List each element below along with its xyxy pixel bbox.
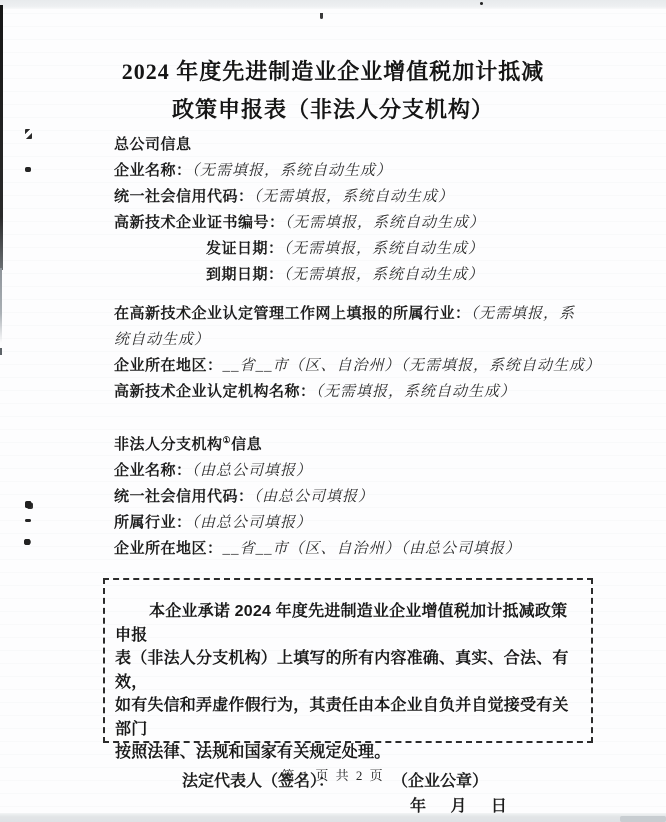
declaration-line: 表（非法人分支机构）上填写的所有内容准确、真实、合法、有效， <box>115 647 581 694</box>
field-value: （无需填报，系统自动生成） <box>285 215 486 231</box>
branch-heading-text: 非法人分支机构 <box>114 436 223 453</box>
field-label: 统一社会信用代码： <box>114 488 254 505</box>
field-value: （无需填报，系统自动生成） <box>284 241 485 257</box>
scan-speck <box>25 167 31 172</box>
field-label: 高新技术企业认定机构名称： <box>114 383 316 400</box>
field-row-region: 企业所在地区：__省__市（区、自治州）（无需填报，系统自动生成） <box>114 353 600 379</box>
field-blank: __省__市（区、自治州） <box>223 541 401 557</box>
field-value: （无需填报，系统自动生成） <box>254 189 455 205</box>
field-row-issue-date: 发证日期：（无需填报，系统自动生成） <box>206 236 600 262</box>
field-row-certificate-number: 高新技术企业证书编号：（无需填报，系统自动生成） <box>114 210 600 236</box>
field-label: 企业名称： <box>114 462 192 479</box>
field-value: （无需填报，系统自动生成） <box>316 384 517 400</box>
declaration-line: 按照法律、法规和国家有关规定处理。 <box>115 741 581 765</box>
field-value: （无需填报，系统自动生成） <box>284 267 485 283</box>
section-branch-info: 非法人分支机构①信息 企业名称：（由总公司填报） 统一社会信用代码：（由总公司填… <box>114 432 600 562</box>
field-row-industry-line2: 统自动生成） <box>114 327 600 353</box>
field-value: （无需填报，系 <box>471 306 576 322</box>
document-title-line1: 2024 年度先进制造业企业增值税加计抵减 <box>0 57 666 87</box>
field-value: （由总公司填报） <box>192 463 313 479</box>
scan-speck <box>480 2 483 5</box>
declaration-line: 本企业承诺 2024 年度先进制造业企业增值税加计抵减政策申报 <box>115 600 581 647</box>
field-label: 企业名称： <box>114 162 192 179</box>
field-row-credit-code: 统一社会信用代码：（无需填报，系统自动生成） <box>114 184 600 210</box>
date-line: 年 月 日 <box>410 795 581 818</box>
field-label: 高新技术企业证书编号： <box>114 214 285 231</box>
declaration-paragraph: 本企业承诺 2024 年度先进制造业企业增值税加计抵减政策申报 表（非法人分支机… <box>115 600 581 765</box>
field-blank: __省__市（区、自治州） <box>223 358 401 374</box>
field-row-branch-region: 企业所在地区：__省__市（区、自治州）（由总公司填报） <box>114 536 600 562</box>
scan-edge-dash <box>0 348 2 355</box>
field-value: （由总公司填报） <box>401 541 522 557</box>
section-heading-branch: 非法人分支机构①信息 <box>114 432 600 458</box>
section-head-office: 总公司信息 企业名称：（无需填报，系统自动生成） 统一社会信用代码：（无需填报，… <box>114 132 600 288</box>
field-label: 统一社会信用代码： <box>114 188 254 205</box>
field-row-branch-credit-code: 统一社会信用代码：（由总公司填报） <box>114 484 600 510</box>
field-row-agency-name: 高新技术企业认定机构名称：（无需填报，系统自动生成） <box>114 379 600 405</box>
scan-speck <box>25 129 32 139</box>
field-label: 在高新技术企业认定管理工作网上填报的所属行业： <box>114 305 471 322</box>
page-number-footer: 第 1 页 共 2 页 <box>0 765 666 784</box>
scan-speck <box>24 539 32 545</box>
declaration-line: 如有失信和弄虚作假行为，其责任由本企业自负并自觉接受有关部门 <box>115 694 581 741</box>
field-row-company-name: 企业名称：（无需填报，系统自动生成） <box>114 158 600 184</box>
scan-speck <box>25 501 33 509</box>
scan-edge-bottom-dark <box>620 816 666 822</box>
scan-edge-top <box>0 0 666 9</box>
field-label: 所属行业： <box>114 514 192 531</box>
field-row-branch-industry: 所属行业：（由总公司填报） <box>114 510 600 536</box>
field-value: 统自动生成） <box>114 332 210 348</box>
field-value: （由总公司填报） <box>254 489 375 505</box>
field-value: （无需填报，系统自动生成） <box>192 163 393 179</box>
field-value: （由总公司填报） <box>192 515 313 531</box>
field-row-branch-name: 企业名称：（由总公司填报） <box>114 458 600 484</box>
field-row-industry-line1: 在高新技术企业认定管理工作网上填报的所属行业：（无需填报，系 <box>114 301 600 327</box>
document-title-line2: 政策申报表（非法人分支机构） <box>0 95 666 125</box>
field-row-expiry-date: 到期日期：（无需填报，系统自动生成） <box>206 262 600 288</box>
scan-edge-left-line <box>0 5 3 270</box>
field-label: 企业所在地区： <box>114 357 223 374</box>
section-hightech-info: 在高新技术企业认定管理工作网上填报的所属行业：（无需填报，系 统自动生成） 企业… <box>114 301 600 405</box>
branch-heading-suffix: 信息 <box>231 436 262 453</box>
scanned-document-page: 2024 年度先进制造业企业增值税加计抵减 政策申报表（非法人分支机构） 总公司… <box>0 0 666 822</box>
footnote-marker: ① <box>223 435 232 445</box>
section-heading-head-office: 总公司信息 <box>114 132 600 158</box>
field-label: 发证日期： <box>206 240 284 257</box>
scan-edge-left-line-faint <box>0 268 2 343</box>
declaration-box: 本企业承诺 2024 年度先进制造业企业增值税加计抵减政策申报 表（非法人分支机… <box>103 578 593 743</box>
scan-speck <box>320 13 323 19</box>
scan-speck <box>25 519 31 522</box>
field-value: （无需填报，系统自动生成） <box>401 358 602 374</box>
field-label: 企业所在地区： <box>114 540 223 557</box>
field-label: 到期日期： <box>206 266 284 283</box>
document-title: 2024 年度先进制造业企业增值税加计抵减 政策申报表（非法人分支机构） <box>0 57 666 125</box>
